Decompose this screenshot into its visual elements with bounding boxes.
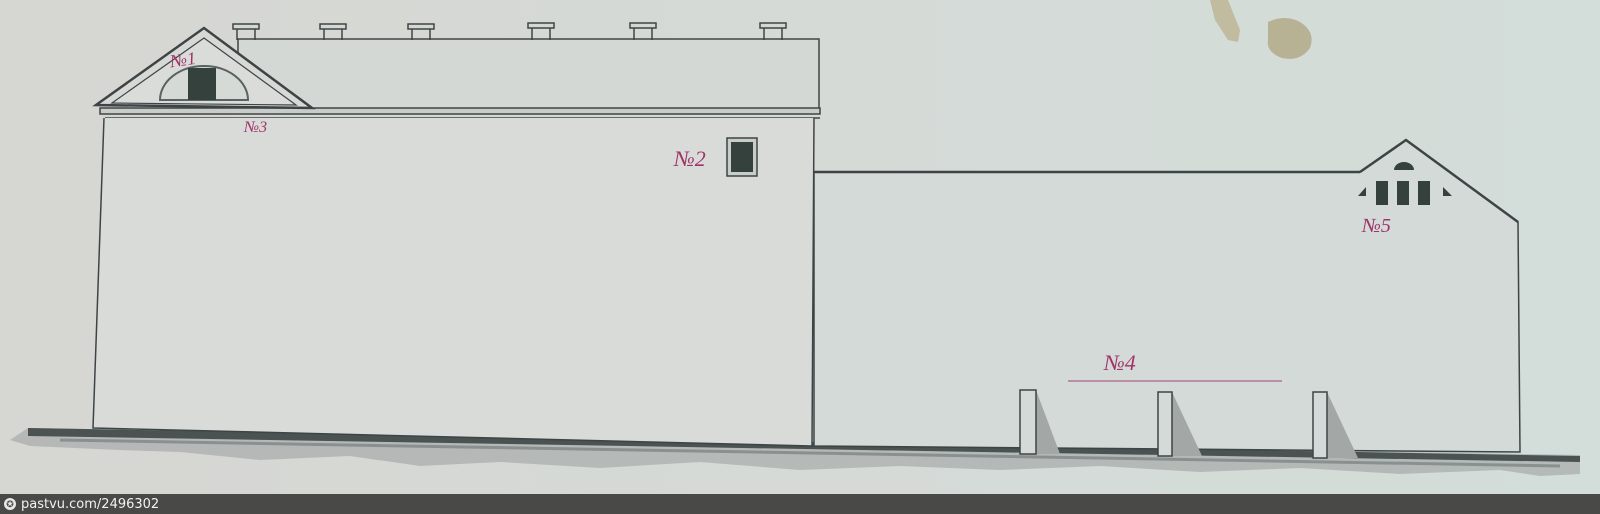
label-no5: №5: [1361, 215, 1391, 237]
main-building: [93, 28, 820, 446]
source-url[interactable]: pastvu.com/2496302: [21, 497, 159, 512]
label-no1: №1: [168, 48, 198, 72]
source-footer: ✪ pastvu.com/2496302: [0, 494, 1600, 514]
elevation-drawing: №1 №3 №2 №5 №4: [0, 0, 1600, 494]
label-no4: №4: [1103, 350, 1136, 375]
pastvu-star-icon: ✪: [4, 498, 16, 510]
label-no3: №3: [243, 119, 267, 136]
label-no2: №2: [673, 146, 706, 171]
window-no2: [727, 138, 757, 176]
